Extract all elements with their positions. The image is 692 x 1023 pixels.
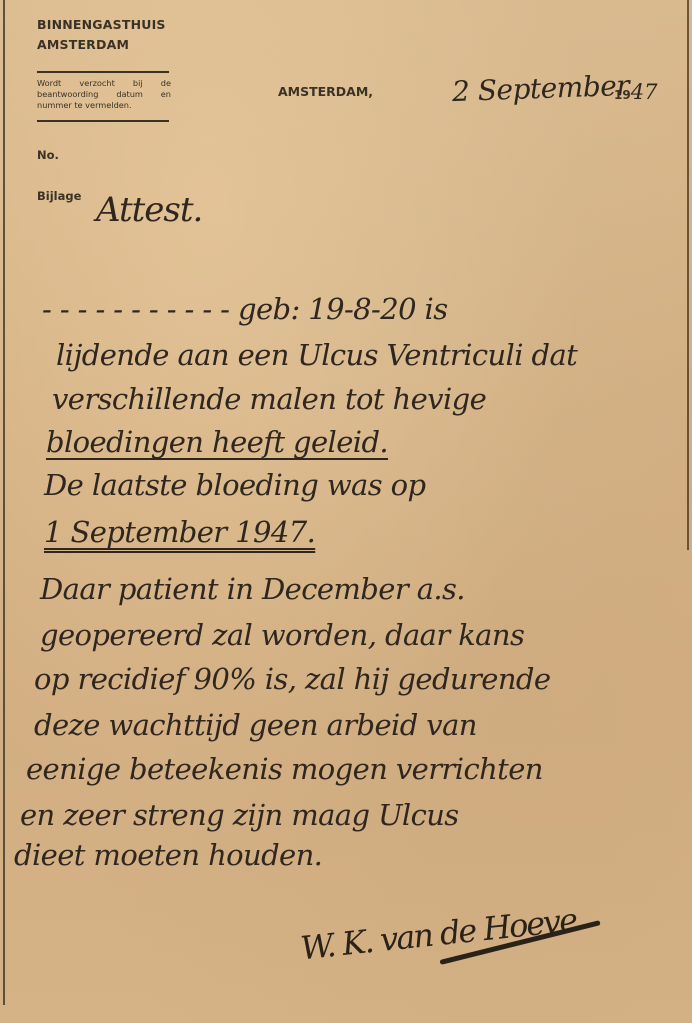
notice-rule-top	[37, 71, 169, 73]
handwritten-year-suffix: 47	[631, 80, 658, 104]
body-line-1: - - - - - - - - - - - geb: 19-8-20 is	[42, 292, 448, 326]
body-line-3: verschillende malen tot hevige	[52, 382, 486, 416]
body-line-6: 1 September 1947.	[44, 515, 315, 549]
body-line-11: eenige beteekenis mogen verrichten	[26, 752, 543, 786]
body-line-12: en zeer streng zijn maag Ulcus	[20, 798, 459, 832]
right-border-line	[687, 0, 689, 550]
date-year: 1947	[614, 80, 657, 104]
body-line-4: bloedingen heeft geleid.	[46, 425, 388, 459]
number-label: No.	[37, 148, 59, 162]
enclosure-value: Attest.	[96, 190, 202, 230]
enclosure-label: Bijlage	[37, 189, 81, 203]
body-line-10: deze wachttijd geen arbeid van	[34, 708, 477, 742]
notice-rule-bottom	[37, 120, 169, 122]
body-line-2: lijdende aan een Ulcus Ventriculi dat	[56, 338, 577, 372]
body-line-5: De laatste bloeding was op	[44, 468, 425, 502]
body-line-8: geopereerd zal worden, daar kans	[40, 618, 524, 652]
left-border-line	[3, 0, 5, 1005]
printed-year-prefix: 19	[614, 88, 631, 102]
organization-name: BINNENGASTHUIS	[37, 17, 166, 32]
body-line-9: op recidief 90% is, zal hij gedurende	[34, 662, 550, 696]
city-label: AMSTERDAM,	[278, 84, 373, 99]
body-line-2-text: lijdende aan een Ulcus Ventriculi dat	[56, 338, 577, 372]
reply-notice: Wordt verzocht bij de beantwoording datu…	[37, 78, 171, 111]
handwritten-date: 2 September	[451, 69, 629, 108]
organization-city: AMSTERDAM	[37, 37, 129, 52]
body-line-7: Daar patient in December a.s.	[40, 572, 465, 606]
body-line-13: dieet moeten houden.	[14, 838, 322, 872]
